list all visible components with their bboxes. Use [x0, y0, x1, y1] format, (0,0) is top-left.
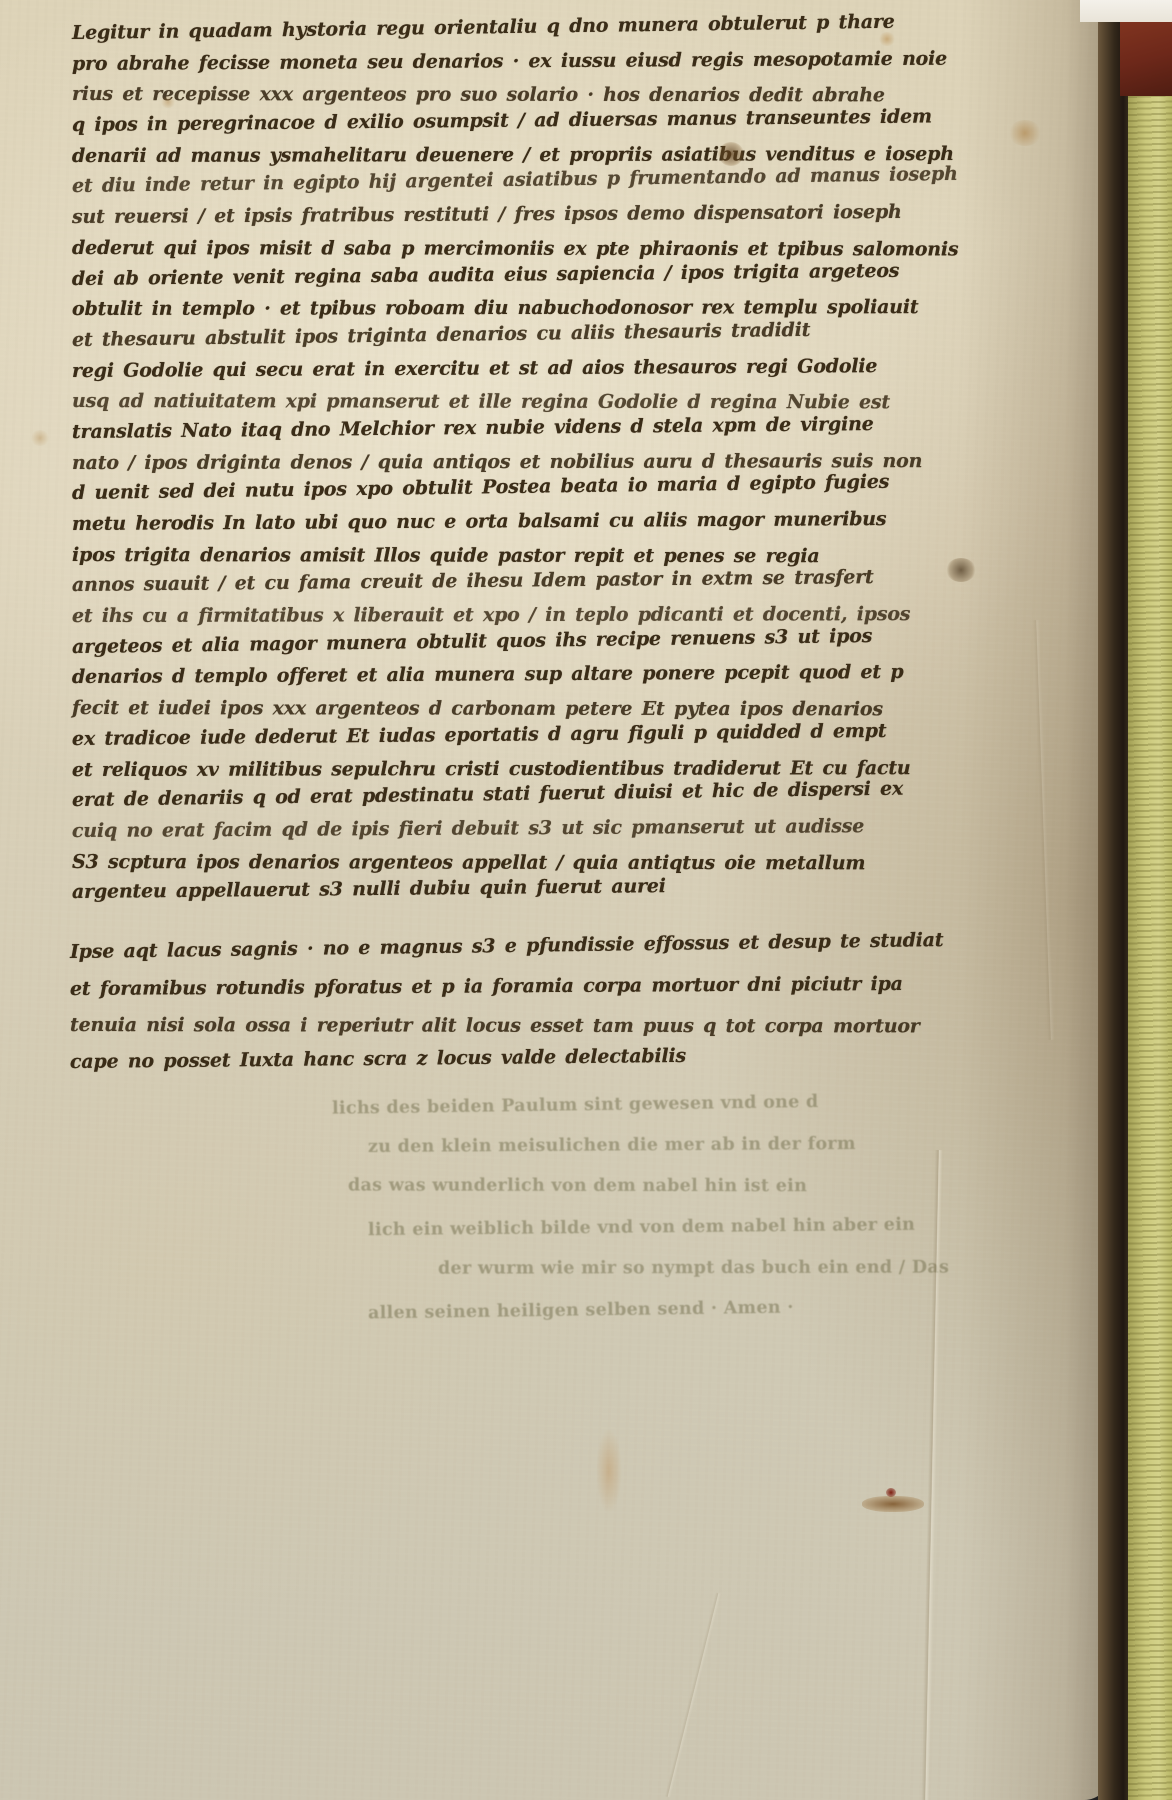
show-through-line: allen seinen heiligen selben send · Amen… — [368, 1285, 1009, 1335]
page-curvature-shadow — [960, 0, 1110, 1800]
manuscript-line: regi Godolie qui secu erat in exercitu e… — [72, 349, 1092, 386]
latin-paragraph-2: Ipse aqt lacus sagnis · no e magnus s3 e… — [70, 934, 1070, 1080]
show-through-line: lichs des beiden Paulum sint gewesen vnd… — [332, 1079, 1009, 1129]
manuscript-line: cuiq no erat facim qd de ipis fieri debu… — [72, 810, 1092, 847]
show-through-line: zu den klein meisulichen die mer ab in d… — [368, 1123, 1008, 1168]
manuscript-line: denarios d templo offeret et alia munera… — [72, 656, 1092, 693]
show-through-line: das was wunderlich von dem nabel hin ist… — [348, 1165, 1008, 1207]
show-through-line: lich ein weiblich bilde vnd von dem nabe… — [368, 1204, 1008, 1251]
fore-edge-leaves — [1128, 0, 1172, 1800]
manuscript-line: metu herodis In lato ubi quo nuc e orta … — [72, 503, 1092, 540]
verso-show-through-text: lichs des beiden Paulum sint gewesen vnd… — [368, 1084, 1008, 1330]
show-through-line: der wurm wie mir so nympt das buch ein e… — [438, 1247, 1008, 1289]
manuscript-photo: Legitur in quadam hystoria regu oriental… — [0, 0, 1172, 1800]
background-sliver — [1080, 0, 1172, 22]
latin-paragraph-1: Legitur in quadam hystoria regu oriental… — [72, 18, 1092, 908]
manuscript-line: pro abrahe fecisse moneta seu denarios ·… — [72, 42, 1092, 79]
manuscript-line: et foramibus rotundis pforatus et p ia f… — [70, 964, 1070, 1007]
manuscript-line: sut reuersi / et ipsis fratribus restitu… — [72, 196, 1092, 233]
